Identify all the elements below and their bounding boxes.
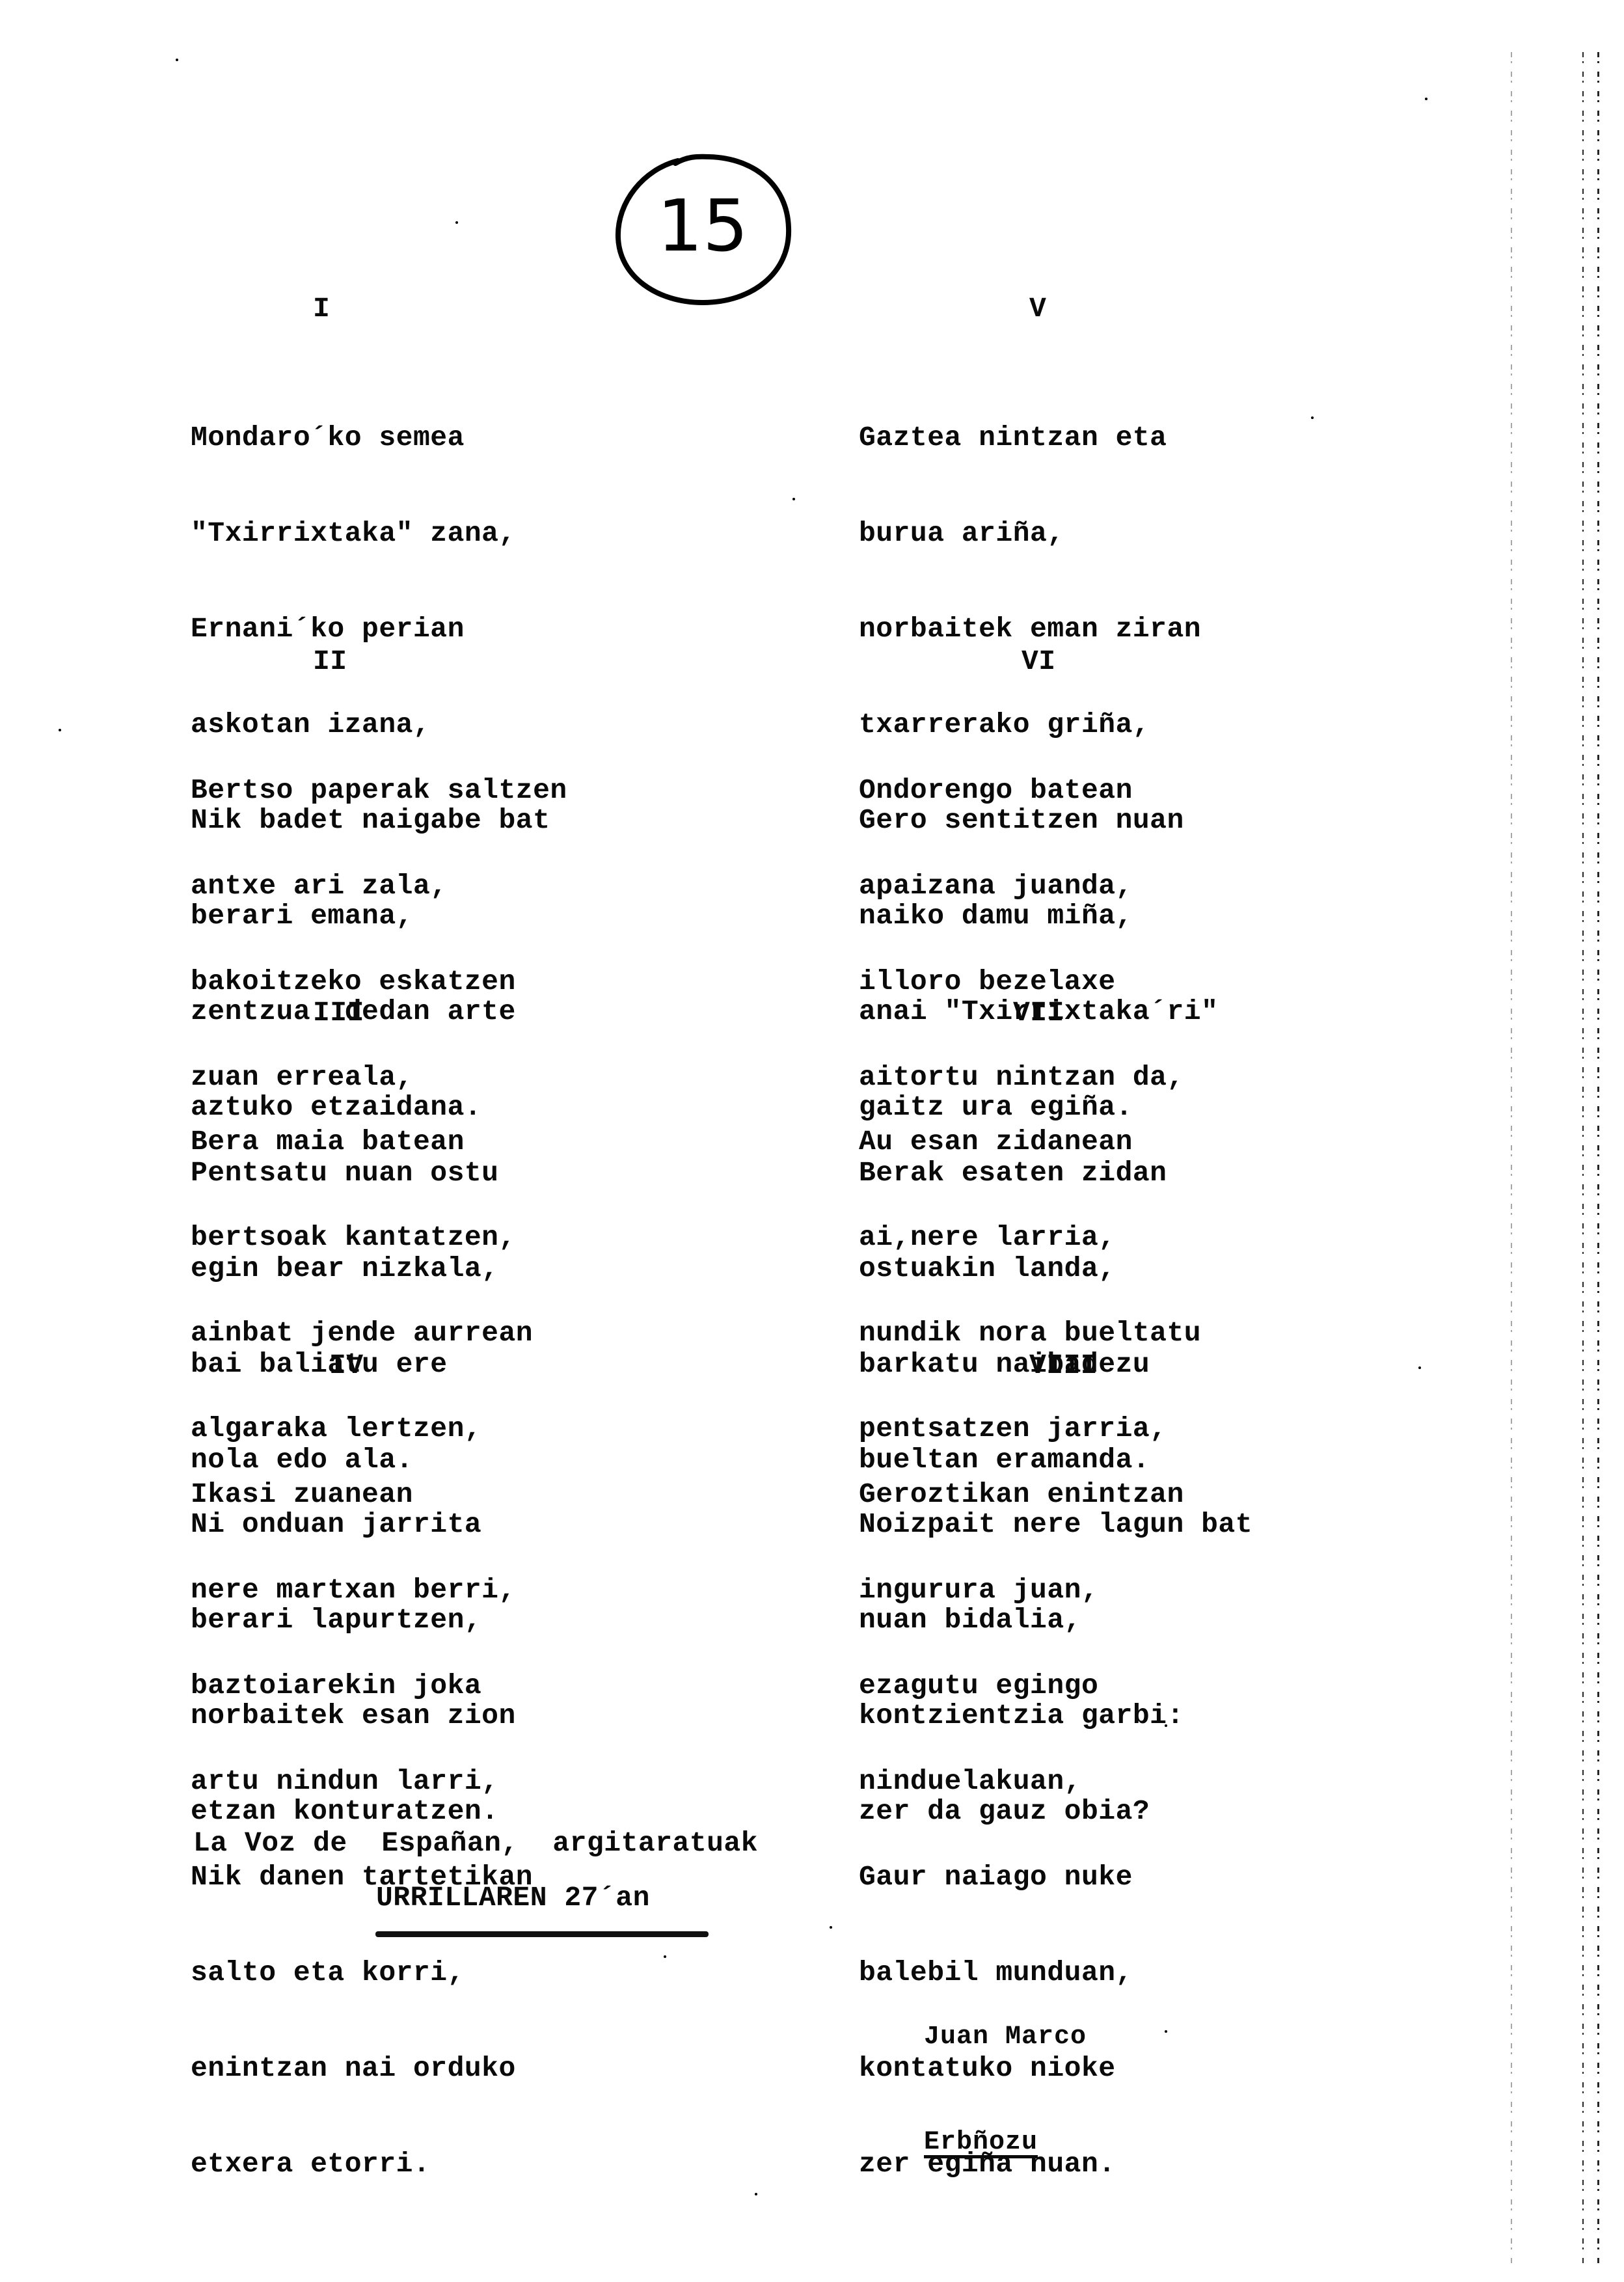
scan-speck <box>455 221 458 224</box>
verse-line: Gaur naiago nuke <box>859 1861 1184 1893</box>
scan-edge-line <box>1582 52 1584 2264</box>
scan-speck <box>1165 1724 1167 1727</box>
verse-line: Geroztikan enintzan <box>859 1478 1184 1510</box>
stanza-viii: VIII Geroztikan enintzan ingurura juan, … <box>859 1350 1509 1477</box>
verse-line: ingurura juan, <box>859 1574 1184 1606</box>
verse-line: burua ariña, <box>859 517 1218 549</box>
scan-speck <box>59 729 61 731</box>
document-page: 15 I Mondaro´ko semea "Txirrixtaka" zana… <box>0 0 1624 2282</box>
page-number-text: 15 <box>657 184 748 267</box>
scan-speck <box>1165 2030 1167 2033</box>
stanza-numeral: II <box>313 645 347 677</box>
verse-line: apaizana juanda, <box>859 870 1184 902</box>
verse-line: Bertso paperak saltzen <box>191 774 567 806</box>
verse-line: etxera etorri. <box>191 2148 533 2180</box>
verse-line: Au esan zidanean <box>859 1126 1252 1158</box>
circled-page-number: 15 <box>605 140 800 312</box>
verse-line: Ikasi zuanean <box>191 1478 533 1510</box>
verse-line: Ondorengo batean <box>859 774 1184 806</box>
author-surname: Erbñozu <box>924 2126 1087 2168</box>
date-underline <box>375 1931 709 1937</box>
stanza-i: I Mondaro´ko semea "Txirrixtaka" zana, E… <box>191 293 841 420</box>
verse-line: bertsoak kantatzen, <box>191 1221 533 1253</box>
verse-line: artu nindun larri, <box>191 1765 533 1797</box>
stanza-numeral: VIII <box>1029 1350 1098 1381</box>
stanza-vi: VI Ondorengo batean apaizana juanda, ill… <box>859 645 1509 773</box>
scan-speck <box>176 59 178 61</box>
stanza-numeral: IV <box>329 1350 364 1381</box>
verse-line: ezagutu egingo <box>859 1670 1184 1702</box>
verse-line: salto eta korri, <box>191 1957 533 1989</box>
stanza-iii: III Bera maia batean bertsoak kantatzen,… <box>191 997 841 1124</box>
verse-line: baztoiarekin joka <box>191 1670 533 1702</box>
verse-line: nundik nora bueltatu <box>859 1317 1252 1349</box>
scan-speck <box>1418 1366 1421 1369</box>
verse-line: ai,nere larria, <box>859 1221 1252 1253</box>
stanza-vii: VII Au esan zidanean ai,nere larria, nun… <box>859 997 1509 1124</box>
verse-line: norbaitek eman ziran <box>859 613 1218 645</box>
verse-line: bakoitzeko eskatzen <box>191 966 567 998</box>
stanza-numeral: III <box>313 997 364 1029</box>
publication-date: URRILLAREN 27´an <box>376 1882 650 1914</box>
verse-line: enintzan nai orduko <box>191 2052 533 2084</box>
verse-line: "Txirrixtaka" zana, <box>191 517 550 549</box>
scan-speck <box>1425 98 1428 100</box>
author-first-name: Juan Marco <box>924 2021 1087 2063</box>
stanza-numeral: VI <box>1022 645 1056 677</box>
stanza-v: V Gaztea nintzan eta burua ariña, norbai… <box>859 293 1509 420</box>
scan-speck <box>755 2193 757 2195</box>
scan-speck <box>664 1955 666 1958</box>
stanza-numeral: VII <box>1013 997 1064 1029</box>
verse-line: Mondaro´ko semea <box>191 422 550 454</box>
scan-edge-line <box>1511 52 1512 2264</box>
scan-speck <box>792 498 795 500</box>
author-signature: Juan Marco Erbñozu <box>924 1957 1087 2232</box>
verse-line: Bera maia batean <box>191 1126 533 1158</box>
verse-line: ainbat jende aurrean <box>191 1317 533 1349</box>
publication-source: La Voz de Españan, argitaratuak <box>193 1827 758 1859</box>
verse-line: nere martxan berri, <box>191 1574 533 1606</box>
stanza-ii: II Bertso paperak saltzen antxe ari zala… <box>191 645 841 773</box>
verse-line: Ernani´ko perian <box>191 613 550 645</box>
stanza-numeral: I <box>313 293 330 325</box>
scan-edge-line <box>1597 52 1599 2264</box>
stanza-numeral: V <box>1029 293 1046 325</box>
scan-speck <box>830 1926 832 1929</box>
verse-line: antxe ari zala, <box>191 870 567 902</box>
verse-line: illoro bezelaxe <box>859 966 1184 998</box>
scan-speck <box>1311 416 1314 419</box>
verse-line: Gaztea nintzan eta <box>859 422 1218 454</box>
stanza-iv: IV Ikasi zuanean nere martxan berri, baz… <box>191 1350 841 1477</box>
verse-line: ninduelakuan, <box>859 1765 1184 1797</box>
